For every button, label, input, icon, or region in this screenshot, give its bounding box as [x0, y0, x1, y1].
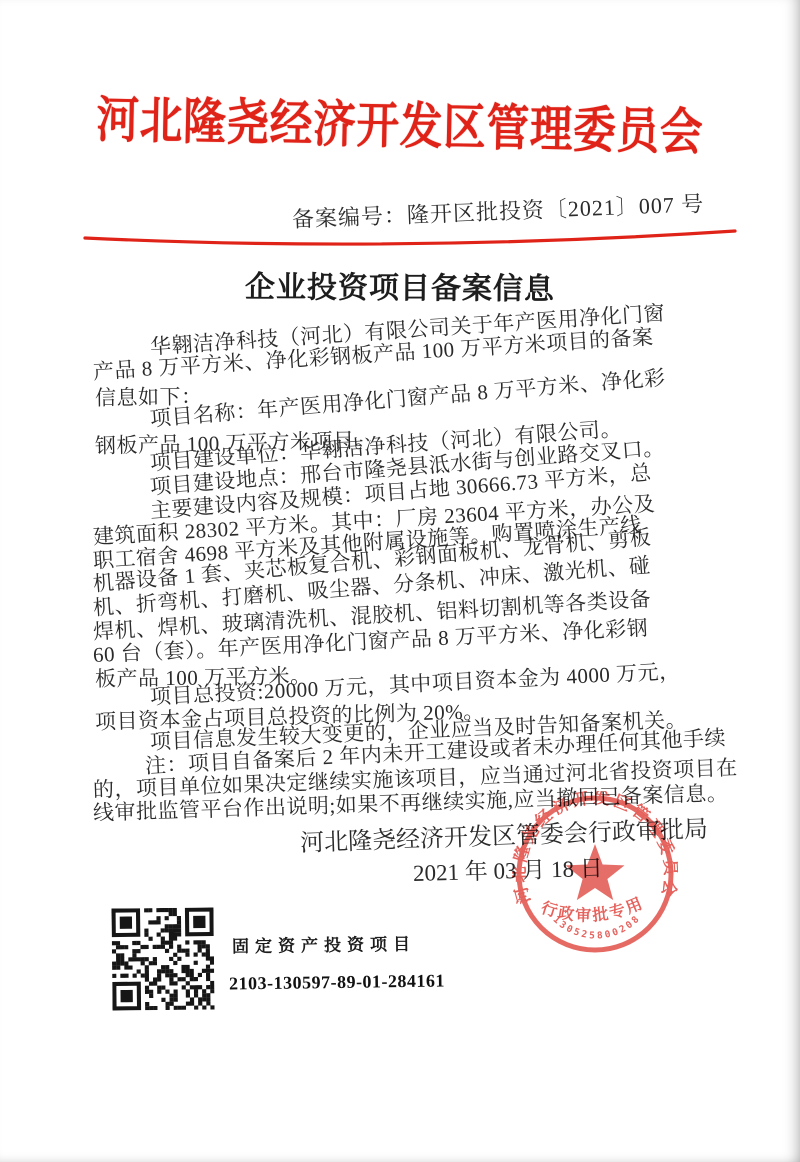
document-title: 企业投资项目备案信息 [245, 262, 555, 308]
qr-label: 固定资产投资项目 [232, 930, 416, 958]
project-code: 2103-130597-89-01-284161 [229, 970, 445, 994]
qr-code [111, 907, 214, 1010]
red-divider-rule [80, 222, 742, 256]
scanned-document-page: 河北隆尧经济开发区管理委员会 备案编号：隆开区批投资〔2021〕007 号 企业… [0, 0, 800, 1162]
star-icon [566, 844, 625, 900]
org-title: 河北隆尧经济开发区管理委员会 [96, 80, 704, 165]
official-seal: 河北隆尧经济开发区管理委员会 行政审批专用章 1305258002081 [512, 791, 678, 957]
